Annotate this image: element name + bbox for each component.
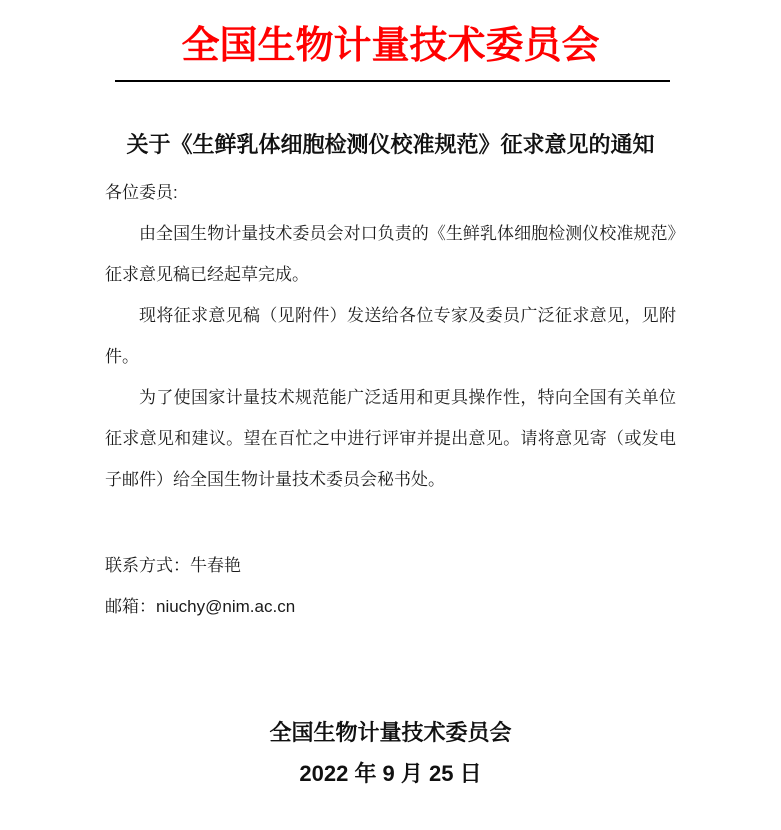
paragraph-draft-distribution: 现将征求意见稿（见附件）发送给各位专家及委员广泛征求意见，见附件。: [105, 295, 676, 377]
contact-section: 联系方式：牛春艳 邮箱：niuchy@nim.ac.cn: [105, 545, 676, 627]
signature-section: 全国生物计量技术委员会 2022 年 9 月 25 日: [105, 712, 676, 794]
letterhead-divider: [115, 80, 670, 82]
notice-title: 关于《生鲜乳体细胞检测仪校准规范》征求意见的通知: [105, 133, 676, 157]
document-body: 关于《生鲜乳体细胞检测仪校准规范》征求意见的通知 各位委员: 由全国生物计量技术…: [0, 133, 781, 794]
contact-email-line: 邮箱：niuchy@nim.ac.cn: [105, 586, 676, 627]
paragraph-request-comments: 为了使国家计量技术规范能广泛适用和更具操作性，特向全国有关单位征求意见和建议。望…: [105, 377, 676, 500]
letterhead: 全国生物计量技术委员会: [0, 0, 781, 82]
salutation: 各位委员:: [105, 172, 676, 213]
signature-date: 2022 年 9 月 25 日: [105, 753, 676, 794]
document-page: 全国生物计量技术委员会 关于《生鲜乳体细胞检测仪校准规范》征求意见的通知 各位委…: [0, 0, 781, 830]
signature-org-name: 全国生物计量技术委员会: [105, 712, 676, 753]
paragraph-drafting-complete: 由全国生物计量技术委员会对口负责的《生鲜乳体细胞检测仪校准规范》征求意见稿已经起…: [105, 213, 676, 295]
letterhead-org-name: 全国生物计量技术委员会: [0, 24, 781, 68]
contact-person-line: 联系方式：牛春艳: [105, 545, 676, 586]
